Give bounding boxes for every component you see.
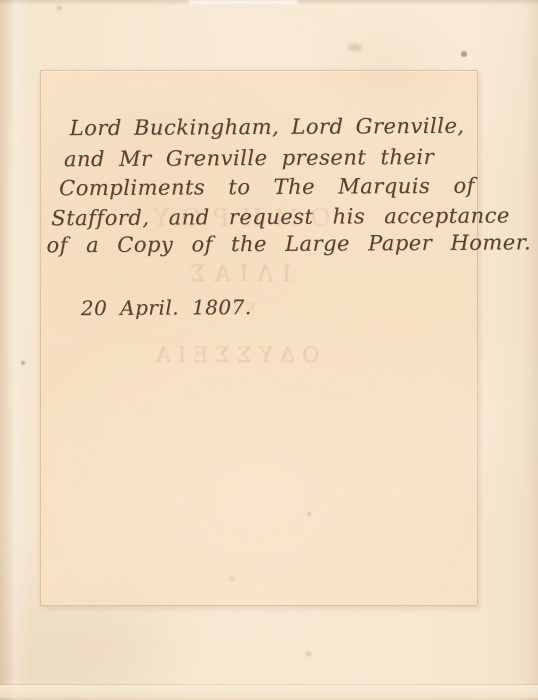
album-leaf-photo: ΟΜΗΡΟΥ ΙΛΙΑΣ ΚΑΙ ΟΔΥΣΣΕΙΑ Lord Buckingha… [0, 0, 538, 700]
handwritten-line: of a Copy of the Large Paper Homer. [46, 230, 531, 257]
page-right-shade [524, 0, 538, 700]
gutter-crease [0, 0, 30, 700]
handwritten-date: 20 April. 1807. [81, 295, 252, 320]
foxing-spot [57, 6, 62, 10]
handwritten-line: Compliments to The Marquis of [59, 174, 475, 201]
handwritten-line: Lord Buckingham, Lord Grenville, [70, 114, 465, 140]
foxing-spot [348, 44, 362, 51]
page-top-edge-highlight [188, 0, 298, 4]
foxing-spot [306, 652, 311, 656]
handwritten-line: Stafford, and request his acceptance [51, 203, 510, 230]
foxing-spot [461, 51, 467, 57]
tipped-in-note: ΟΜΗΡΟΥ ΙΛΙΑΣ ΚΑΙ ΟΔΥΣΣΕΙΑ Lord Buckingha… [40, 70, 478, 606]
page-bottom-edge-band [0, 685, 538, 700]
handwritten-line: and Mr Grenville present their [64, 145, 434, 171]
handwritten-note-text: Lord Buckingham, Lord Grenville, and Mr … [39, 70, 478, 607]
